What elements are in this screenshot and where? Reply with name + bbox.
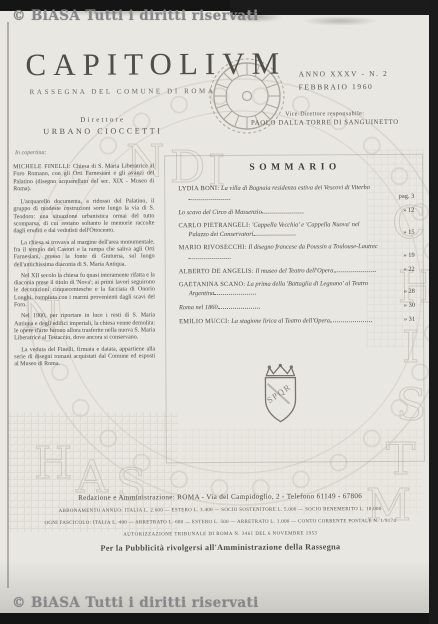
rome-coat-of-arms-icon: SPQR [256,363,304,427]
footer-subscription: ABBONAMENTO ANNUO: ITALIA L. 2.600 — EST… [1,507,438,515]
vice-director-name: PAOLO DALLA TORRE DI SANGUINETTO [227,119,423,127]
cover-artist-name: MICHELE FINELLI: [13,164,71,170]
journal-title: CAPITOLIVM [25,46,286,84]
toc-leader-dots [262,207,304,213]
toc-author: GAETANINA SCANO: [179,280,246,287]
toc-page-number: » 12 [403,206,414,215]
toc-title: Lo scavo del Circo di Massenzio [178,208,261,216]
footer-advertising: Per la Pubblicità rivolgersi all'Amminis… [1,542,438,554]
scan-edge-bottom [0,613,438,624]
toc-author: EMILIO MUCCI: [179,318,230,325]
toc-leader-dots [330,316,372,322]
cover-note-lead: In copertina: [15,150,47,156]
toc-author: ALBERTO DE ANGELIS: [179,267,254,274]
toc-title: La stagione lirica al Teatro dell'Opera [230,317,330,325]
cover-paragraph: L'acquarello documenta, a ridosso del Pa… [13,199,154,236]
toc-entry: Roma nel 1860 » 30 [179,302,415,313]
toc-entry: Lo scavo del Circo di Massenzio » 12 [178,206,414,217]
footer-authorization: AUTORIZZAZIONE TRIBUNALE DI ROMA N. 3461… [1,531,438,539]
issue-number: ANNO XXXV - N. 2 [299,67,419,81]
footer-address: Redazione e Amministrazione: ROMA - Via … [1,492,438,503]
toc-author: MARIO RIVOSECCHI: [179,244,247,251]
cover-paragraph: Nel XII secolo la chiesa fu quasi intera… [14,272,155,309]
toc-page-number: » 28 [404,288,415,297]
toc-leader-dots [333,266,375,272]
cover-paragraph: Nel 1900, per riportare in luce i resti … [14,313,155,343]
sommario-list: LYDIA BONI: La villa di Bagnaia residenz… [178,184,415,331]
toc-entry: ALBERTO DE ANGELIS: Il museo del Teatro … [179,265,415,276]
copyright-stamp-top: © BiASA Tutti i diritti riservati [12,8,259,24]
scan-edge-right [429,0,438,624]
toc-leader-dots [189,252,231,258]
cover-note-column: MICHELE FINELLI: Chiesa di S. Maria Libe… [13,163,155,372]
toc-page-number: » 31 [404,316,415,325]
cover-paragraph: La chiesa si trovava al margine dell'are… [14,239,155,269]
scan-edge-top-2 [230,0,438,15]
toc-title: La villa di Bagnaia residenza estiva dei… [219,184,370,192]
journal-subtitle: RASSEGNA DEL COMUNE DI ROMA [30,87,216,96]
footer-single-issue: OGNI FASCICOLO: ITALIA L. 400 — ARRETRAT… [1,519,438,527]
director-name: URBANO CIOCCETTI [27,126,179,136]
toc-leader-dots [218,303,260,309]
toc-page-number: pag. 3 [399,192,415,201]
cover-caption: MICHELE FINELLI: Chiesa di S. Maria Libe… [13,163,154,193]
copyright-stamp-bottom: © BiASA Tutti i diritti riservati [12,595,259,611]
toc-entry: EMILIO MUCCI: La stagione lirica al Teat… [179,316,415,327]
toc-title: Il museo del Teatro dell'Opera [254,267,334,274]
vice-director-block: Vice-Direttore responsabile: PAOLO DALLA… [227,111,423,127]
toc-page-number: » 19 [403,251,414,260]
sommario-heading: SOMMARIO [175,162,415,173]
cover-paragraph: La veduta del Finelli, firmata e datata,… [14,346,155,369]
issue-info: ANNO XXXV - N. 2 FEBBRAIO 1960 [299,67,419,94]
toc-author: LYDIA BONI: [178,185,219,192]
toc-page-number: » 30 [404,302,415,311]
vice-director-label: Vice-Direttore responsabile: [227,111,423,118]
toc-title: Il disegno francese da Poussin a Toulous… [247,243,378,251]
toc-author: CARLO PIETRANGELI: [178,221,250,228]
toc-entry: MARIO RIVOSECCHI: Il disegno francese da… [179,243,415,262]
director-label: Direttore [27,115,179,124]
toc-entry: LYDIA BONI: La villa di Bagnaia residenz… [178,184,414,203]
issue-date: FEBBRAIO 1960 [299,80,419,94]
toc-leader-dots [188,193,230,199]
toc-leader-dots [214,289,256,295]
toc-entry: GAETANINA SCANO: La prima della 'Battagl… [179,279,415,298]
toc-page-number: » 22 [404,265,415,274]
page-edge-line [7,22,9,588]
director-block: Direttore URBANO CIOCCETTI [27,115,179,136]
toc-page-number: » 15 [403,229,414,238]
scanned-page: CAPITOLIVM RASSEGNA DEL COMUNE DI ROMA A… [0,0,438,624]
toc-entry: CARLO PIETRANGELI: 'Cappella Vecchia' e … [178,220,414,239]
toc-leader-dots [253,230,295,236]
toc-title: Roma nel 1860 [179,304,218,311]
